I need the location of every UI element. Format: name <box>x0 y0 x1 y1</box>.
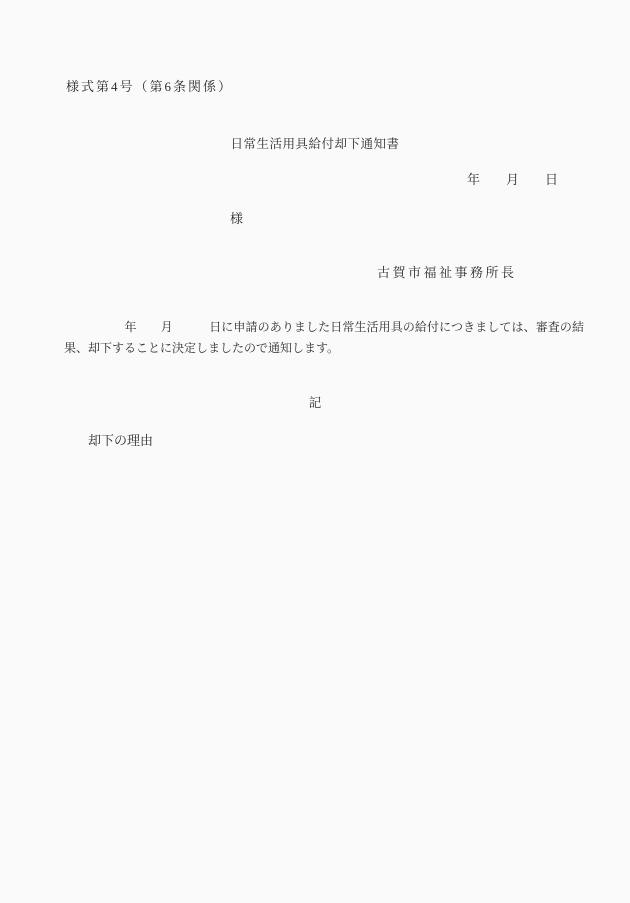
sender-title: 古賀市福祉事務所長 <box>377 265 517 281</box>
form-number: 様式第4号（第6条関係） <box>66 79 233 95</box>
rejection-reason-label: 却下の理由 <box>88 433 153 449</box>
list-marker: 記 <box>0 396 630 412</box>
body-paragraph: 年 月 日に申請のありました日常生活用具の給付につきましては、審査の結果、却下す… <box>64 317 584 359</box>
document-title: 日常生活用具給付却下通知書 <box>0 137 630 153</box>
addressee-suffix: 様 <box>230 211 243 227</box>
document-page: 様式第4号（第6条関係） 日常生活用具給付却下通知書 年 月 日 様 古賀市福祉… <box>0 0 630 903</box>
date-line: 年 月 日 <box>467 172 558 188</box>
